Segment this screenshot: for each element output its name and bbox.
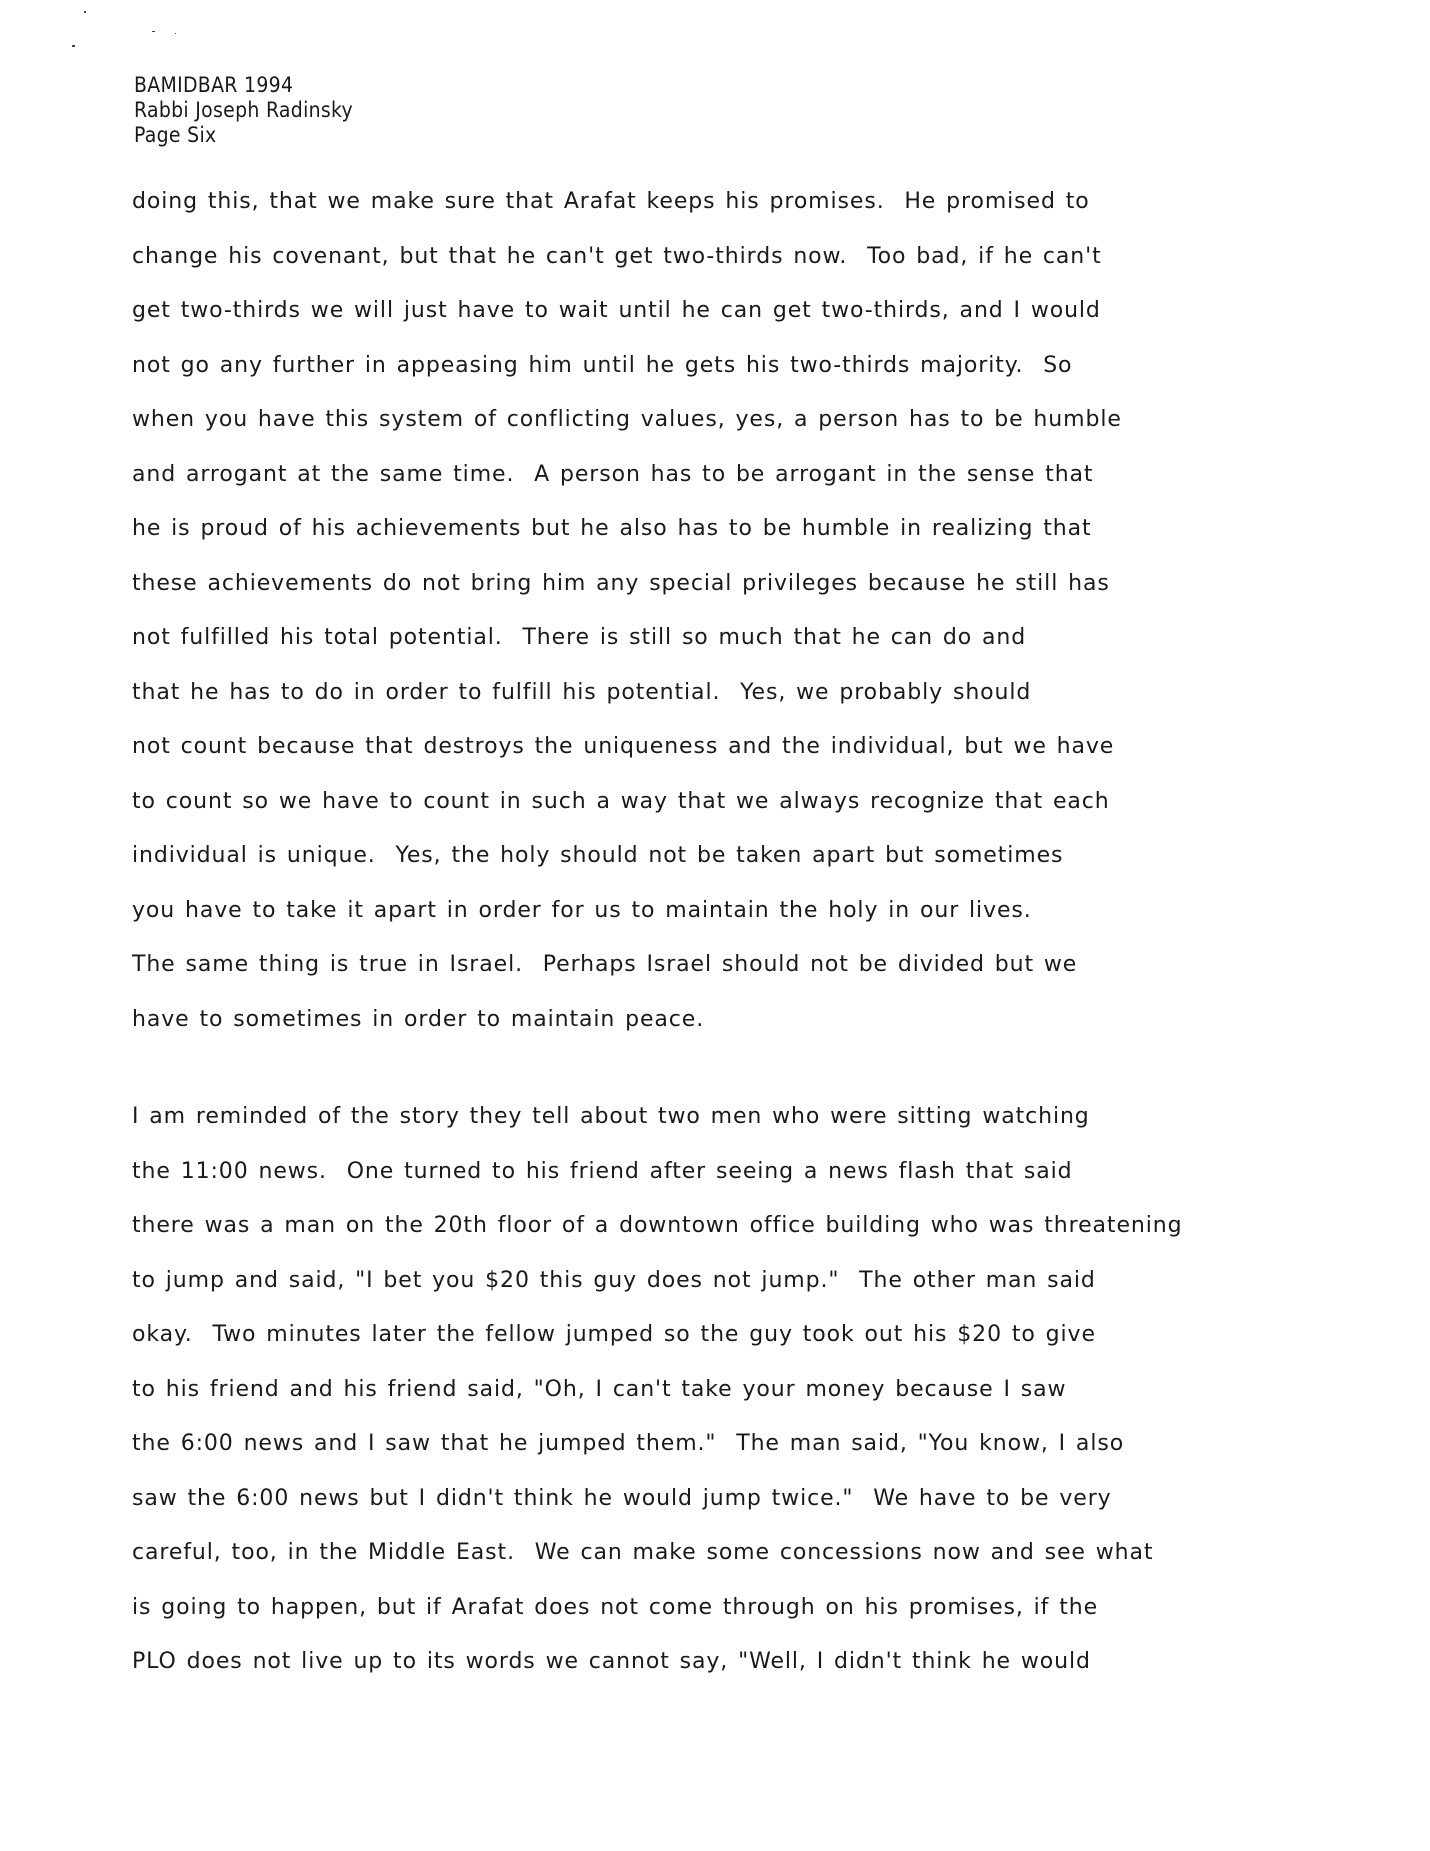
text-line: get two-thirds we will just have to wait… bbox=[132, 284, 1122, 339]
text-line: the 6:00 news and I saw that he jumped t… bbox=[132, 1417, 1182, 1472]
text-line: to count so we have to count in such a w… bbox=[132, 775, 1122, 830]
paragraph: I am reminded of the story they tell abo… bbox=[132, 1090, 1182, 1690]
page-label: Page Six bbox=[134, 123, 353, 148]
text-line: to his friend and his friend said, "Oh, … bbox=[132, 1363, 1182, 1418]
text-line: these achievements do not bring him any … bbox=[132, 557, 1122, 612]
text-line: and arrogant at the same time. A person … bbox=[132, 448, 1122, 503]
text-line: there was a man on the 20th floor of a d… bbox=[132, 1199, 1182, 1254]
text-line: I am reminded of the story they tell abo… bbox=[132, 1090, 1182, 1145]
text-line: not count because that destroys the uniq… bbox=[132, 720, 1122, 775]
text-line: you have to take it apart in order for u… bbox=[132, 884, 1122, 939]
text-line: not go any further in appeasing him unti… bbox=[132, 339, 1122, 394]
text-line: PLO does not live up to its words we can… bbox=[132, 1635, 1182, 1690]
text-line: is going to happen, but if Arafat does n… bbox=[132, 1581, 1182, 1636]
text-line: to jump and said, "I bet you $20 this gu… bbox=[132, 1254, 1182, 1309]
document-header: BAMIDBAR 1994 Rabbi Joseph Radinsky Page… bbox=[134, 73, 353, 148]
document-page: BAMIDBAR 1994 Rabbi Joseph Radinsky Page… bbox=[0, 0, 1430, 1851]
text-line: have to sometimes in order to maintain p… bbox=[132, 993, 1122, 1048]
text-line: doing this, that we make sure that Arafa… bbox=[132, 175, 1122, 230]
document-title: BAMIDBAR 1994 bbox=[134, 73, 353, 98]
text-line: the 11:00 news. One turned to his friend… bbox=[132, 1145, 1182, 1200]
text-line: careful, too, in the Middle East. We can… bbox=[132, 1526, 1182, 1581]
document-author: Rabbi Joseph Radinsky bbox=[134, 98, 353, 123]
text-line: that he has to do in order to fulfill hi… bbox=[132, 666, 1122, 721]
text-line: individual is unique. Yes, the holy shou… bbox=[132, 829, 1122, 884]
text-line: saw the 6:00 news but I didn't think he … bbox=[132, 1472, 1182, 1527]
text-line: not fulfilled his total potential. There… bbox=[132, 611, 1122, 666]
text-line: he is proud of his achievements but he a… bbox=[132, 502, 1122, 557]
text-line: The same thing is true in Israel. Perhap… bbox=[132, 938, 1122, 993]
paragraph: doing this, that we make sure that Arafa… bbox=[132, 175, 1122, 1047]
text-line: when you have this system of conflicting… bbox=[132, 393, 1122, 448]
text-line: change his covenant, but that he can't g… bbox=[132, 230, 1122, 285]
text-line: okay. Two minutes later the fellow jumpe… bbox=[132, 1308, 1182, 1363]
